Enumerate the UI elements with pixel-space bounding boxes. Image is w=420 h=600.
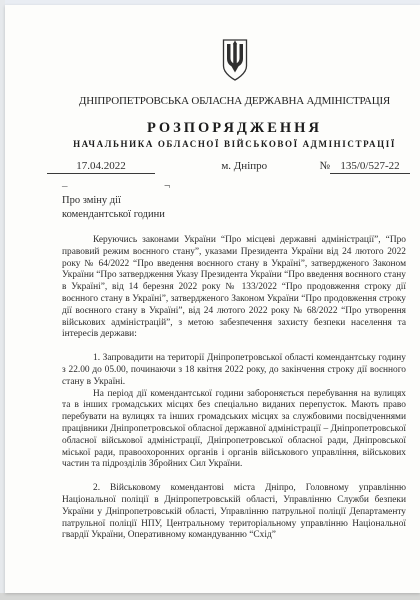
subject-line-2: комендантської години — [62, 208, 240, 222]
doc-date: 17.04.2022 — [47, 160, 155, 174]
subject-block: Про зміну дії комендантської години — [5, 194, 420, 221]
doc-title: РОЗПОРЯДЖЕННЯ — [5, 120, 420, 137]
item-1-paragraph: 1. Запровадити на території Дніпропетров… — [62, 353, 406, 388]
subject-line-1: Про зміну дії — [62, 194, 240, 208]
doc-place: м. Дніпро — [221, 160, 267, 174]
document-page: ДНІПРОПЕТРОВСЬКА ОБЛАСНА ДЕРЖАВНА АДМІНІ… — [5, 5, 420, 593]
emblem-container — [5, 38, 420, 88]
doc-number: 135/0/527-22 — [330, 160, 410, 174]
template-corner-marks: – ¬ — [5, 182, 420, 193]
preamble-paragraph: Керуючись законами України “Про місцеві … — [62, 235, 406, 341]
corner-mark-right: ¬ — [164, 180, 170, 192]
org-name: ДНІПРОПЕТРОВСЬКА ОБЛАСНА ДЕРЖАВНА АДМІНІ… — [5, 95, 420, 107]
document-body: Керуючись законами України “Про місцеві … — [5, 235, 420, 542]
item-2-paragraph: 2. Військовому комендантові міста Дніпро… — [62, 483, 406, 542]
doc-number-group: №135/0/527-22 — [319, 160, 410, 174]
corner-mark-left: – — [62, 180, 68, 192]
ukraine-trident-coat-of-arms-icon — [220, 70, 250, 87]
doc-number-sign: № — [319, 160, 330, 174]
item-1-continuation-paragraph: На період дії комендантської години забо… — [62, 389, 406, 472]
doc-meta-row: 17.04.2022 м. Дніпро №135/0/527-22 — [5, 160, 420, 174]
doc-subtitle: НАЧАЛЬНИКА ОБЛАСНОЇ ВІЙСЬКОВОЇ АДМІНІСТР… — [5, 139, 420, 149]
